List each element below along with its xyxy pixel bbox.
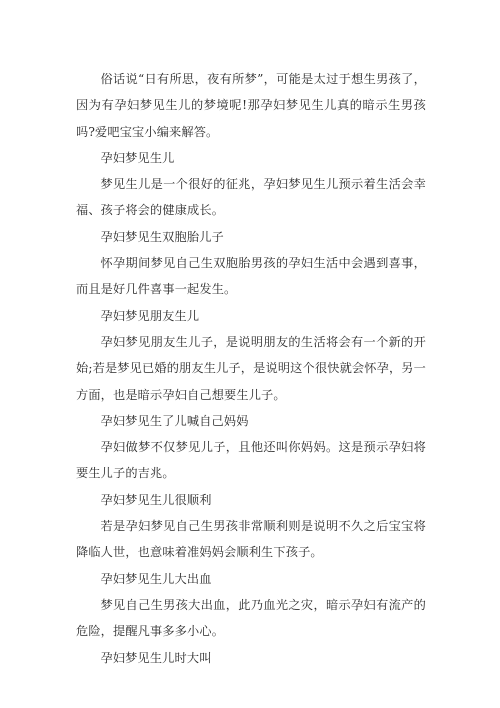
section-heading: 孕妇梦见朋友生儿: [76, 303, 426, 329]
section-heading: 孕妇梦见生双胞胎儿子: [76, 224, 426, 250]
section-paragraph: 梦见生儿是一个很好的征兆，孕妇梦见生儿预示着生活会幸福、孩子将会的健康成长。: [76, 171, 426, 224]
section-paragraph: 若是孕妇梦见自己生男孩非常顺利则是说明不久之后宝宝将降临人世，也意味着准妈妈会顺…: [76, 513, 426, 566]
section-paragraph: 梦见自己生男孩大出血，此乃血光之灾，暗示孕妇有流产的危险，提醒凡事多多小心。: [76, 592, 426, 645]
intro-paragraph: 俗话说“日有所思，夜有所梦”，可能是太过于想生男孩了，因为有孕妇梦见生儿的梦境呢…: [76, 66, 426, 145]
section-paragraph: 怀孕期间梦见自己生双胞胎男孩的孕妇生活中会遇到喜事，而且是好几件喜事一起发生。: [76, 250, 426, 303]
section-heading: 孕妇梦见生儿大出血: [76, 566, 426, 592]
section-paragraph: 孕妇做梦不仅梦见儿子，且他还叫你妈妈。这是预示孕妇将要生儿子的吉兆。: [76, 434, 426, 487]
section-heading: 孕妇梦见生儿: [76, 145, 426, 171]
section-heading: 孕妇梦见生儿很顺利: [76, 487, 426, 513]
document-page: 俗话说“日有所思，夜有所梦”，可能是太过于想生男孩了，因为有孕妇梦见生儿的梦境呢…: [76, 66, 426, 671]
section-paragraph: 孕妇梦见朋友生儿子，是说明朋友的生活将会有一个新的开始;若是梦见已婚的朋友生儿子…: [76, 329, 426, 408]
section-heading: 孕妇梦见生了儿喊自己妈妈: [76, 408, 426, 434]
section-heading: 孕妇梦见生儿时大叫: [76, 645, 426, 671]
